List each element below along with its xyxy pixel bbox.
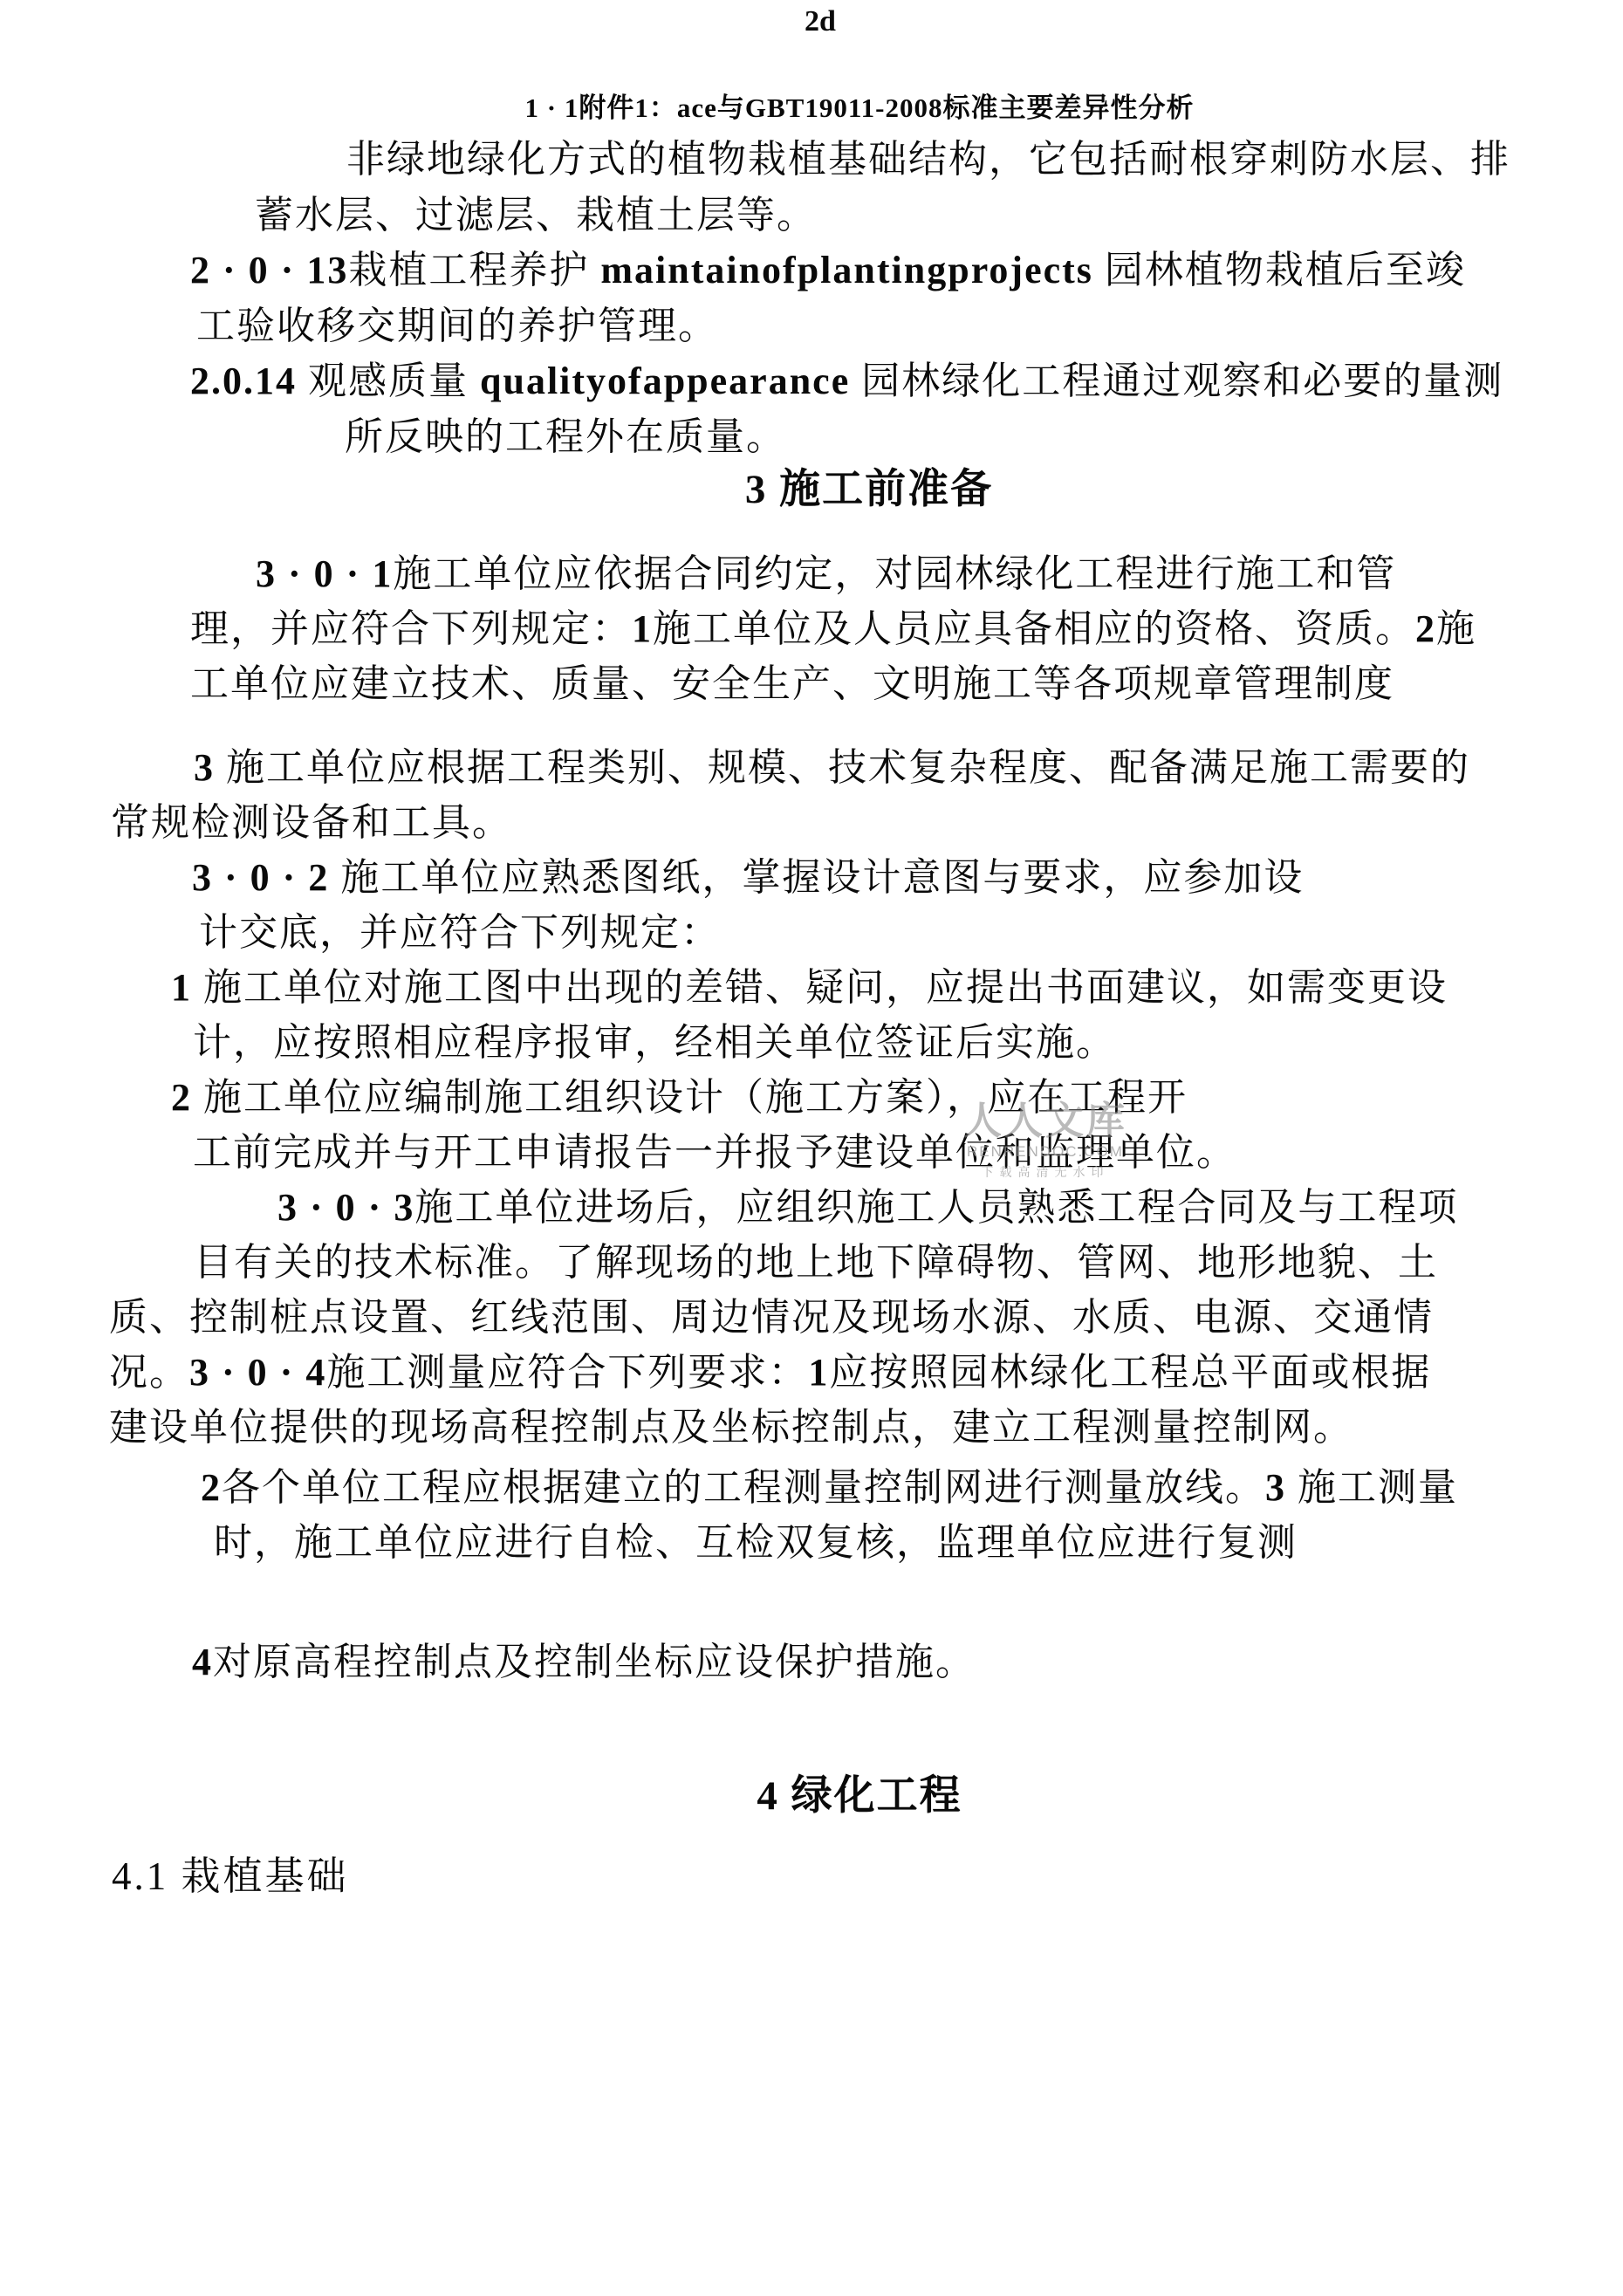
text-line: 1 施工单位对施工图中出现的差错、疑问，应提出书面建议，如需变更设 [171, 966, 1448, 1011]
text-line: 理，并应符合下列规定：1施工单位及人员应具备相应的资格、资质。2施 [190, 607, 1476, 652]
text-line: 2.0.14 观感质量 qualityofappearance 园林绿化工程通过… [190, 360, 1503, 404]
text-line: 计，应按照相应程序报审，经相关单位签证后实施。 [193, 1021, 1116, 1066]
text-line: 2 施工单位应编制施工组织设计（施工方案），应在工程开 [171, 1076, 1188, 1121]
text-line: 建设单位提供的现场高程控制点及坐标控制点，建立工程测量控制网。 [109, 1406, 1353, 1450]
section-heading-4: 4 绿化工程 [48, 1774, 1623, 1820]
text-line: 蓄水层、过滤层、栽植土层等。 [255, 194, 817, 238]
subsection-heading-4-1: 4.1 栽植基础 [112, 1855, 349, 1899]
document-page: 2d 1 · 1附件1：ace与GBT19011-2008标准主要差异性分析 非… [0, 0, 1623, 2296]
text-line: 常规检测设备和工具。 [111, 801, 512, 846]
text-line: 3 · 0 · 2 施工单位应熟悉图纸，掌握设计意图与要求，应参加设 [192, 856, 1304, 901]
text-line: 3 · 0 · 3施工单位进场后，应组织施工人员熟悉工程合同及与工程项 [277, 1186, 1458, 1230]
text-line: 非绿地绿化方式的植物栽植基础结构，它包括耐根穿刺防水层、排 [346, 138, 1510, 182]
text-line: 2各个单位工程应根据建立的工程测量控制网进行测量放线。3 施工测量 [201, 1466, 1458, 1511]
text-line: 工单位应建立技术、质量、安全生产、文明施工等各项规章管理制度 [190, 662, 1394, 707]
text-line: 3 施工单位应根据工程类别、规模、技术复杂程度、配备满足施工需要的 [194, 746, 1470, 791]
text-line: 目有关的技术标准。了解现场的地上地下障碍物、管网、地形地貌、土 [194, 1241, 1438, 1285]
text-line: 工验收移交期间的养护管理。 [196, 305, 718, 349]
text-line: 3 · 0 · 1施工单位应依据合同约定，对园林绿化工程进行施工和管 [256, 552, 1396, 597]
text-line: 质、控制桩点设置、红线范围、周边情况及现场水源、水质、电源、交通情 [109, 1296, 1434, 1340]
text-line: 所反映的工程外在质量。 [345, 415, 786, 460]
text-line: 时，施工单位应进行自检、互检双复核，监理单位应进行复测 [214, 1521, 1298, 1566]
text-line: 4对原高程控制点及控制坐标应设保护措施。 [192, 1641, 976, 1685]
page-number: 2d [9, 5, 1623, 38]
document-subtitle: 1 · 1附件1：ace与GBT19011-2008标准主要差异性分析 [48, 86, 1623, 125]
text-line: 计交底，并应符合下列规定： [199, 911, 721, 956]
text-line: 工前完成并与开工申请报告一并报予建设单位和监理单位。 [193, 1131, 1236, 1175]
text-line: 况。3 · 0 · 4施工测量应符合下列要求：1应按照园林绿化工程总平面或根据 [109, 1351, 1431, 1395]
section-heading-3: 3 施工前准备 [58, 468, 1623, 513]
text-line: 2 · 0 · 13栽植工程养护 maintainofplantingproje… [190, 249, 1466, 293]
